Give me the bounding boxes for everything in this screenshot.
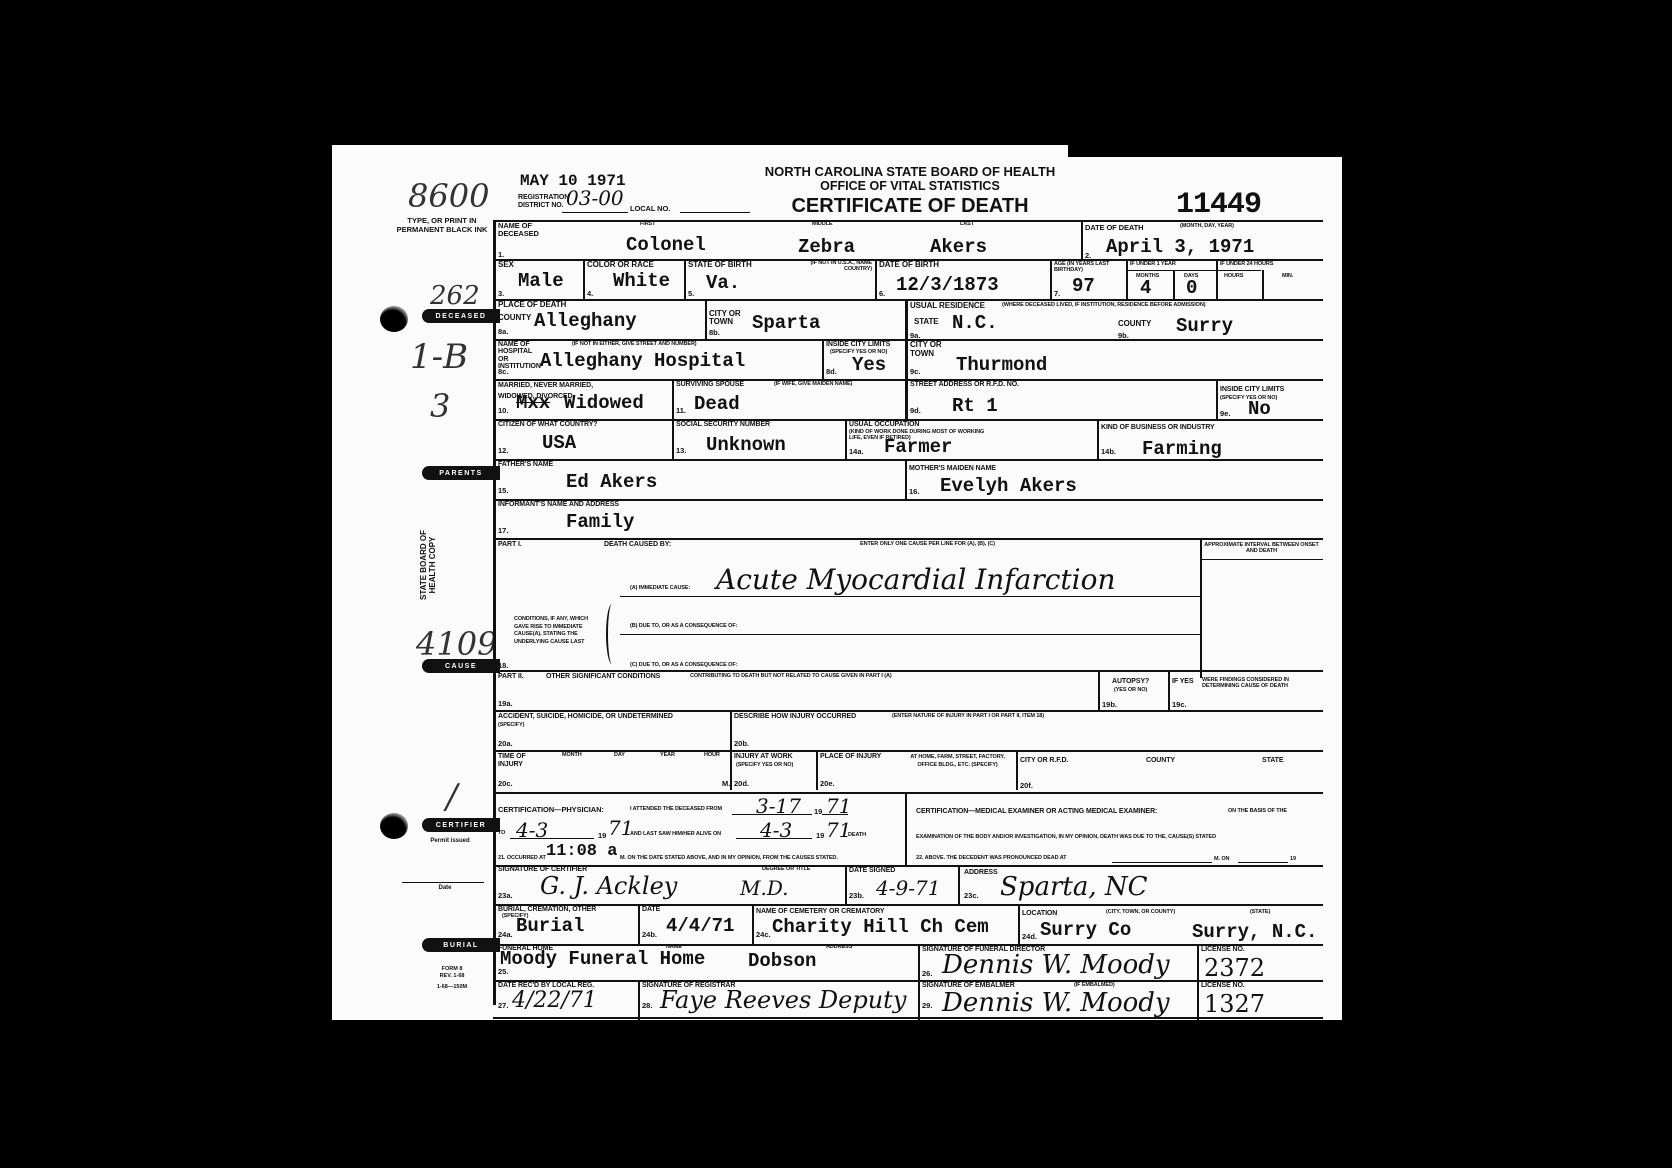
header-office: OFFICE OF VITAL STATISTICS [740, 179, 1080, 193]
item-number: 1. [498, 251, 504, 259]
rule [732, 814, 812, 815]
rule [752, 904, 754, 944]
residence-sub: (WHERE DECEASED LIVED, IF INSTITUTION, R… [1002, 303, 1205, 309]
item-number: 7. [1054, 290, 1060, 298]
item-number: 20d. [734, 780, 749, 788]
pod-county-label: COUNTY [498, 314, 531, 322]
rule [493, 379, 1323, 381]
rule [1173, 270, 1175, 299]
scan-edge-shadow [1068, 145, 1342, 157]
item-number: 15. [498, 487, 508, 495]
item-number: 9c. [910, 368, 920, 376]
rule [684, 259, 686, 299]
permit-date-line [402, 882, 484, 883]
accident-label: ACCIDENT, SUICIDE, HOMICIDE, OR UNDETERM… [498, 713, 673, 720]
day-label: DAY [614, 753, 625, 759]
location-state: Surry, N.C. [1192, 923, 1317, 942]
rule [705, 299, 707, 339]
me-text3: 22. ABOVE. THE DECEDENT WAS PRONOUNCED D… [916, 856, 1066, 862]
me-19: 19 [1290, 857, 1296, 863]
attended-from-year: 71 [826, 796, 851, 816]
place-of-injury-sub: AT HOME, FARM, STREET, FACTORY, OFFICE B… [900, 753, 1015, 770]
part2-sub: CONTRIBUTING TO DEATH BUT NOT RELATED TO… [690, 674, 892, 680]
race-label: COLOR OR RACE [587, 261, 654, 269]
rule [1098, 670, 1100, 710]
item-number: 3. [498, 290, 504, 298]
cemetery-label: NAME OF CEMETERY OR CREMATORY [756, 908, 884, 915]
days-value: 0 [1186, 279, 1197, 298]
rule [493, 710, 1323, 712]
margin-note-1b: 1-B [410, 340, 468, 374]
part2-label: PART II. [498, 673, 524, 680]
registration-district-value: 03-00 [566, 188, 624, 208]
residence-label: USUAL RESIDENCE [910, 302, 985, 310]
first-label: FIRST [640, 222, 655, 228]
item-number: 14b. [1101, 448, 1116, 456]
describe-injury-label: DESCRIBE HOW INJURY OCCURRED [734, 713, 856, 720]
conditions-bracket [606, 604, 618, 664]
form-number: FORM 8 REV. 1-68 1-68—150M [432, 966, 472, 991]
item-number: 4. [587, 290, 593, 298]
item-number: 19 [598, 832, 606, 840]
injury-state-label: STATE [1262, 757, 1283, 764]
date-of-death-label: DATE OF DEATH [1085, 224, 1143, 232]
item-number: 20f. [1020, 782, 1033, 790]
if-yes-label: IF YES [1172, 678, 1193, 685]
rule [845, 865, 847, 904]
industry-value: Farming [1142, 440, 1222, 459]
location-county: Surry Co [1040, 921, 1131, 940]
last-label: LAST [960, 222, 974, 228]
rule [1016, 750, 1018, 790]
year-label: YEAR [660, 753, 675, 759]
pod-county: Alleghany [534, 312, 637, 331]
burial-date: 4/4/71 [666, 917, 734, 936]
item-number: 19b. [1102, 701, 1117, 709]
father-name: Ed Akers [566, 473, 657, 492]
autopsy-sub: (YES OR NO) [1114, 688, 1147, 694]
middle-name: Zebra [798, 238, 855, 257]
rule [583, 259, 585, 299]
rule [493, 980, 1323, 982]
rule [638, 980, 640, 1020]
rule [958, 865, 960, 904]
pod-inside-limits: Yes [852, 356, 886, 375]
injury-county-label: COUNTY [1146, 757, 1175, 764]
item-number: 19c. [1172, 701, 1187, 709]
informant-label: INFORMANT'S NAME AND ADDRESS [498, 501, 619, 508]
rule [493, 538, 1323, 540]
industry-label: KIND OF BUSINESS OR INDUSTRY [1101, 424, 1215, 431]
rule [730, 750, 732, 790]
item-number: 16. [909, 488, 919, 496]
pronounced-time-blank [1112, 862, 1212, 863]
first-name: Colonel [626, 236, 706, 255]
me-text2: EXAMINATION OF THE BODY AND/OR INVESTIGA… [916, 835, 1216, 841]
director-signature: Dennis W. Moody [942, 952, 1170, 978]
immediate-cause-label: (a) IMMEDIATE CAUSE: [630, 586, 690, 592]
item-number: 8c. [498, 368, 508, 376]
funeral-home-address: Dobson [748, 952, 816, 971]
pronounced-date-blank [1238, 862, 1288, 863]
injury-city-label: CITY OR R.F.D. [1020, 757, 1068, 764]
citizen-label: CITIZEN OF WHAT COUNTRY? [498, 421, 597, 428]
race-value: White [613, 272, 670, 291]
place-of-injury-label: PLACE OF INJURY [820, 753, 881, 760]
certifier-degree: M.D. [740, 878, 789, 898]
margin-note-4109: 4109 [416, 628, 497, 660]
residence-city-label: CITY OR TOWN [910, 341, 950, 359]
rule [493, 670, 1323, 672]
last-name: Akers [930, 238, 987, 257]
item-number: 14a. [849, 448, 864, 456]
under-24-label: IF UNDER 24 HOURS [1220, 262, 1273, 268]
rule [493, 1017, 1323, 1019]
street-label: STREET ADDRESS OR R.F.D. No. [910, 381, 1019, 388]
underline [562, 212, 628, 213]
permit-issued-label: Permit issued [420, 838, 480, 845]
physician-cert-label: CERTIFICATION—PHYSICIAN: [498, 806, 604, 814]
time-of-injury-label: TIME OF INJURY [498, 753, 538, 770]
rule [875, 259, 877, 299]
hospital-label: NAME OF HOSPITAL OR INSTITUTION [498, 341, 543, 370]
tab-cause: CAUSE [422, 659, 500, 673]
item-number: 24b. [642, 931, 657, 939]
under-1-year-label: IF UNDER 1 YEAR [1130, 262, 1176, 268]
embalmer-license: 1327 [1204, 992, 1265, 1016]
last-saw-date: 4-3 [760, 820, 792, 840]
embalmer-license-label: LICENSE NO. [1201, 982, 1245, 989]
certifier-signature: G. J. Ackley [540, 874, 677, 898]
interval-label: APPROXIMATE INTERVAL BETWEEN ONSET AND D… [1204, 543, 1319, 554]
informant-value: Family [566, 513, 634, 532]
date-received: 4/22/71 [512, 990, 597, 1012]
death-label: DEATH [848, 833, 866, 839]
director-license: 2372 [1204, 956, 1265, 980]
funeral-home-address-label: ADDRESS [826, 945, 852, 951]
tab-parents: PARENTS [422, 466, 500, 480]
date-label: Date [420, 885, 470, 892]
father-label: FATHER'S NAME [498, 461, 553, 468]
rule [620, 634, 1200, 635]
attended-from-label: I ATTENDED THE DECEASED FROM [630, 807, 722, 813]
rule [905, 792, 907, 865]
ink-instruction: TYPE, OR PRINT IN PERMANENT BLACK INK [392, 216, 492, 234]
item-number: 8b. [709, 329, 720, 337]
middle-label: MIDDLE [812, 222, 832, 228]
form-left-border [493, 220, 496, 1005]
occupation-label: USUAL OCCUPATION [849, 421, 919, 428]
margin-note-3: 3 [430, 390, 450, 422]
hospital-sub: (IF NOT IN EITHER, GIVE STREET AND NUMBE… [572, 342, 697, 348]
pod-city: Sparta [752, 314, 820, 333]
residence-state-label: STATE [914, 318, 939, 326]
pod-inside-limits-label: INSIDE CITY LIMITS [826, 341, 890, 348]
date-of-birth-label: DATE OF BIRTH [879, 261, 939, 269]
months-value: 4 [1140, 279, 1151, 298]
part2-title: OTHER SIGNIFICANT CONDITIONS [546, 673, 660, 680]
rule [510, 838, 594, 839]
place-of-death-label: PLACE OF DEATH [498, 301, 566, 309]
citizen-value: USA [542, 434, 576, 453]
sex-label: SEX [498, 261, 514, 269]
disposition-label: BURIAL, CREMATION, OTHER [498, 906, 596, 913]
cemetery-name: Charity Hill Ch Cem [772, 918, 989, 937]
tab-certifier: CERTIFIER [422, 818, 500, 832]
spouse-value: Dead [694, 395, 740, 414]
disposition-value: Burial [516, 917, 584, 936]
state-of-birth-sub: (IF NOT IN U.S.A., NAME COUNTRY) [782, 261, 872, 272]
death-caused-by-label: DEATH CAUSED BY: [604, 541, 671, 548]
due-to-c-label: (c) DUE TO, OR AS A CONSEQUENCE OF: [630, 663, 737, 669]
age-label: AGE (IN YEARS LAST BIRTHDAY) [1054, 262, 1124, 273]
hours-label: HOURS [1224, 274, 1243, 280]
residence-inside-limits: No [1248, 400, 1271, 419]
rule [1097, 419, 1099, 459]
hospital-name: Alleghany Hospital [540, 352, 745, 371]
occupation-value: Farmer [884, 438, 952, 457]
item-number: 29. [922, 1002, 932, 1010]
item-number: 24c. [756, 931, 771, 939]
rule [905, 299, 908, 419]
rule [493, 865, 1323, 867]
tab-deceased: DECEASED [422, 309, 500, 323]
rule [1262, 270, 1264, 299]
spouse-label: SURVIVING SPOUSE [676, 381, 744, 388]
item-number: 26. [922, 970, 932, 978]
state-of-birth-label: STATE OF BIRTH [688, 261, 752, 269]
location-sub: (CITY, TOWN, OR COUNTY) [1106, 910, 1175, 916]
item-number: 12. [498, 447, 508, 455]
certificate-title: CERTIFICATE OF DEATH [740, 195, 1080, 218]
item-number: 28. [642, 1002, 652, 1010]
month-label: MONTH [562, 753, 582, 759]
item-number: 9e. [1220, 410, 1230, 418]
rule [1126, 259, 1128, 299]
me-text1: ON THE BASIS OF THE [1228, 809, 1287, 815]
last-saw-label: AND LAST SAW HIM/HER ALIVE ON [630, 832, 721, 838]
rule [1168, 670, 1170, 710]
punch-hole-top [380, 306, 408, 332]
rule [1081, 220, 1083, 259]
state-board-copy-label: STATE BOARD OF HEALTH COPY [420, 530, 438, 600]
degree-label: DEGREE OR TITLE [762, 867, 810, 873]
rule [1126, 270, 1261, 271]
date-signed-label: DATE SIGNED [849, 867, 895, 874]
date-signed: 4-9-71 [876, 878, 940, 898]
rule [1197, 944, 1199, 1020]
time-of-death: 11:08 a [546, 843, 617, 860]
item-number: 23b. [849, 892, 864, 900]
rule [672, 379, 674, 419]
item-number: 24d. [1022, 933, 1037, 941]
item-number: 23c. [964, 892, 979, 900]
attended-from: 3-17 [756, 796, 801, 816]
residence-city: Thurmond [956, 356, 1047, 375]
residence-inside-limits-label: INSIDE CITY LIMITS [1220, 386, 1284, 393]
residence-county: Surry [1176, 317, 1233, 336]
date-of-death-sub: (MONTH, DAY, YEAR) [1180, 224, 1234, 230]
burial-date-label: DATE [642, 906, 660, 913]
item-number: 23a. [498, 892, 513, 900]
rule [493, 904, 1323, 906]
date-of-birth: 12/3/1873 [896, 276, 999, 295]
date-of-death: April 3, 1971 [1106, 238, 1254, 257]
rule [1216, 379, 1218, 419]
embalmer-signature: Dennis W. Moody [942, 990, 1170, 1016]
me-cert-label: CERTIFICATION—MEDICAL EXAMINER OR ACTING… [916, 808, 1157, 815]
item-number: 8a. [498, 328, 508, 336]
conditions-note: CONDITIONS, IF ANY, WHICH GAVE RISE TO I… [514, 616, 594, 647]
rule [620, 596, 1200, 597]
rule [736, 838, 812, 839]
margin-note-262: 262 [430, 283, 480, 309]
tab-burial: BURIAL [422, 938, 500, 952]
pod-city-label: CITY OR TOWN [709, 310, 747, 326]
location-label: LOCATION [1022, 910, 1057, 917]
part1-label: PART I. [498, 541, 522, 548]
name-label: NAME OF DECEASED [498, 222, 548, 239]
rule [493, 220, 1323, 222]
item-number: 10. [498, 407, 508, 415]
spouse-sub: (IF WIFE, GIVE MAIDEN NAME) [774, 382, 852, 388]
rule [730, 710, 732, 750]
rule [822, 814, 848, 815]
ssn-value: Unknown [706, 436, 786, 455]
injury-at-work-label: INJURY AT WORK [734, 753, 793, 760]
rule [1200, 559, 1323, 560]
mother-label: MOTHER'S MAIDEN NAME [909, 465, 996, 472]
item-number: 5. [688, 290, 694, 298]
marital-status: Widowed [564, 394, 644, 413]
describe-injury-sub: (ENTER NATURE OF INJURY IN PART I OR PAR… [892, 714, 1044, 720]
certificate-number: 11449 [1176, 188, 1261, 222]
rule [493, 792, 1323, 794]
header-agency: NORTH CAROLINA STATE BOARD OF HEALTH [740, 164, 1080, 179]
cause-instruction: ENTER ONLY ONE CAUSE PER LINE FOR (a), (… [860, 542, 995, 548]
location-state-label: (STATE) [1250, 910, 1270, 916]
item-number: 20b. [734, 740, 749, 748]
item-number: 19 [816, 832, 824, 840]
rule [493, 459, 1323, 461]
residence-state: N.C. [952, 314, 998, 333]
rule [638, 904, 640, 944]
registrar-signature: Faye Reeves Deputy [660, 988, 906, 1012]
residence-county-label: COUNTY [1118, 320, 1151, 328]
hour-label: HOUR [704, 753, 720, 759]
margin-note-slash: / [446, 780, 457, 814]
item-number: 11. [676, 407, 686, 415]
item-number: 13. [676, 447, 686, 455]
handwritten-number-8600: 8600 [408, 180, 489, 212]
item-number: 9d. [910, 407, 921, 415]
rule [822, 339, 824, 379]
rule [816, 750, 818, 790]
item-number: 27. [498, 1002, 508, 1010]
item-number: 8d. [826, 368, 837, 376]
marital-struck: Mxx [516, 394, 550, 413]
accident-sub: (SPECIFY) [498, 723, 524, 729]
ssn-label: SOCIAL SECURITY NUMBER [676, 421, 770, 428]
item-number: 20a. [498, 740, 513, 748]
certifier-address-label: ADDRESS [964, 869, 998, 876]
rule [918, 944, 920, 1020]
item-number: 19a. [498, 700, 513, 708]
rule [672, 419, 674, 459]
occurred-suffix: M. ON THE DATE STATED ABOVE, AND IN MY O… [620, 856, 838, 862]
state-of-birth: Va. [706, 274, 740, 293]
age-value: 97 [1072, 277, 1095, 296]
street-value: Rt 1 [952, 397, 998, 416]
me-m-on: M. ON [1214, 857, 1229, 863]
punch-hole-bottom [380, 813, 408, 839]
item-number: 18. [498, 662, 508, 670]
to-label: TO [498, 831, 505, 837]
occurred-label: 21. OCCURRED AT [498, 856, 546, 862]
if-yes-sub: WERE FINDINGS CONSIDERED IN DETERMINING … [1202, 678, 1322, 689]
autopsy-label: AUTOPSY? [1112, 678, 1149, 685]
funeral-home-name: Moody Funeral Home [500, 950, 705, 969]
rule [1050, 259, 1052, 299]
min-label: MIN. [1282, 274, 1293, 280]
rule [1018, 904, 1020, 944]
local-no-label: LOCAL NO. [630, 205, 670, 213]
rule [493, 299, 1323, 301]
certifier-address: Sparta, NC [1000, 874, 1148, 900]
item-number: 17. [498, 527, 508, 535]
sex-value: Male [518, 272, 564, 291]
mother-name: Evelyh Akers [940, 477, 1077, 496]
item-number: 20c. [498, 780, 513, 788]
injury-at-work-sub: (SPECIFY YES OR NO) [736, 763, 793, 769]
due-to-b-label: (b) DUE TO, OR AS A CONSEQUENCE OF: [630, 624, 737, 630]
director-license-label: LICENSE NO. [1201, 946, 1245, 953]
rule [905, 459, 907, 499]
item-number: 24a. [498, 931, 513, 939]
rule [1216, 259, 1218, 299]
rule [845, 419, 847, 459]
immediate-cause-value: Acute Myocardial Infarction [716, 566, 1116, 594]
item-number: 6. [879, 290, 885, 298]
attended-to: 4-3 [516, 820, 548, 840]
item-number: 20e. [820, 780, 835, 788]
